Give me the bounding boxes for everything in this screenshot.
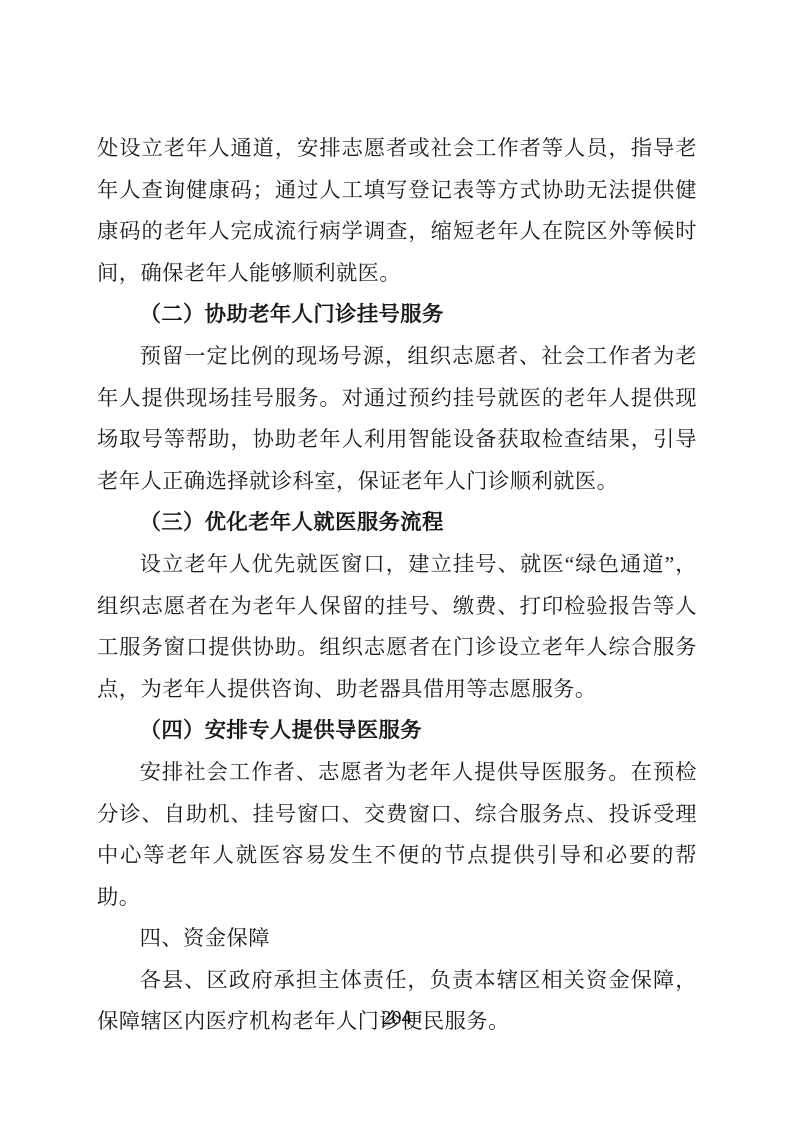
chapter-heading-funding: 四、资金保障 [97,918,697,960]
page-number: 204 [0,1006,793,1030]
section-heading-2: （二）协助老年人门诊挂号服务 [97,294,697,336]
section-heading-3: （三）优化老年人就医服务流程 [97,502,697,544]
document-text-block: 处设立老年人通道，安排志愿者或社会工作者等人员，指导老年人查询健康码；通过人工填… [97,128,697,1043]
section-paragraph-2: 预留一定比例的现场号源，组织志愿者、社会工作者为老年人提供现场挂号服务。对通过预… [97,336,697,502]
document-page: 处设立老年人通道，安排志愿者或社会工作者等人员，指导老年人查询健康码；通过人工填… [0,0,793,1122]
chapter-paragraph-funding: 各县、区政府承担主体责任，负责本辖区相关资金保障，保障辖区内医疗机构老年人门诊便… [97,960,697,1043]
section-heading-4: （四）安排专人提供导医服务 [97,710,697,752]
section-paragraph-3: 设立老年人优先就医窗口，建立挂号、就医“绿色通道”，组织志愿者在为老年人保留的挂… [97,544,697,710]
intro-continuation-paragraph: 处设立老年人通道，安排志愿者或社会工作者等人员，指导老年人查询健康码；通过人工填… [97,128,697,294]
section-paragraph-4: 安排社会工作者、志愿者为老年人提供导医服务。在预检分诊、自助机、挂号窗口、交费窗… [97,752,697,918]
